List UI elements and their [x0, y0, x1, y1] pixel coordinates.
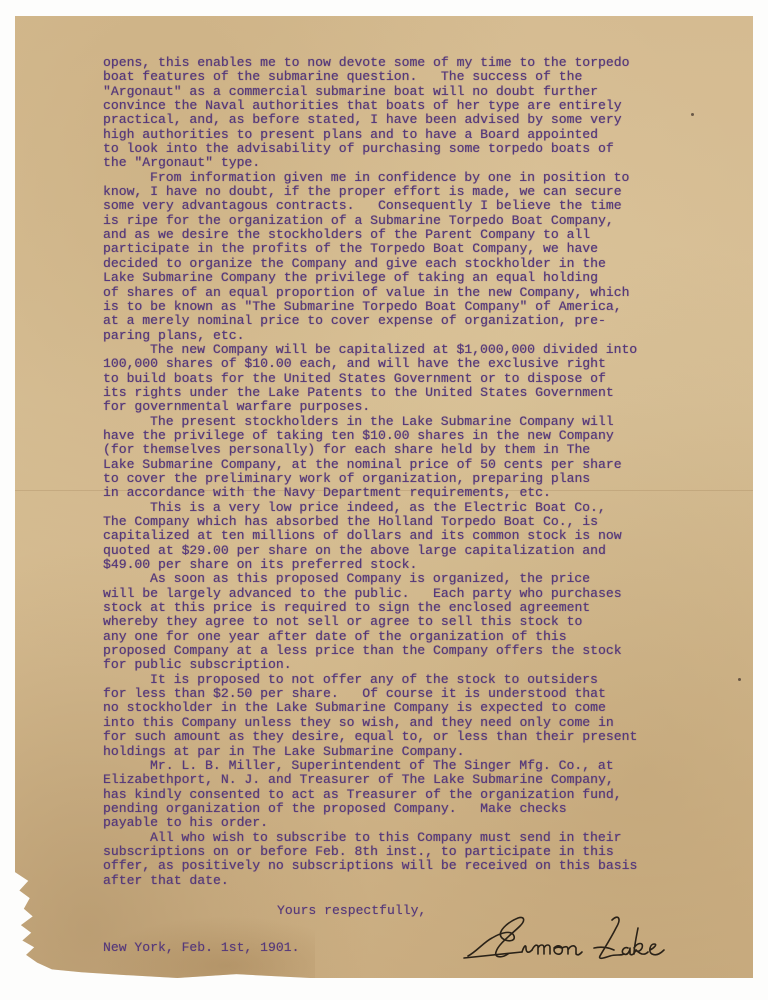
text-line: have the privilege of taking ten $10.00 …: [103, 429, 637, 443]
letter-body: opens, this enables me to now devote som…: [103, 56, 637, 888]
signature-icon: [462, 912, 672, 970]
text-line: will be largely advanced to the public. …: [103, 587, 637, 601]
text-line: and as we desire the stockholders of the…: [103, 228, 637, 242]
text-line: pending organization of the proposed Com…: [103, 802, 637, 816]
paragraph-first-line: opens, this enables me to now devote som…: [103, 56, 637, 70]
text-line: Elizabethport, N. J. and Treasurer of Th…: [103, 773, 637, 787]
text-line: for governmental warfare purposes.: [103, 400, 637, 414]
text-line: any one for one year after date of the o…: [103, 630, 637, 644]
text-line: in accordance with the Navy Department r…: [103, 486, 637, 500]
text-line: no stockholder in the Lake Submarine Com…: [103, 701, 637, 715]
text-line: is to be known as "The Submarine Torpedo…: [103, 300, 637, 314]
text-line: $49.00 per share on its preferred stock.: [103, 558, 637, 572]
text-line: paring plans, etc.: [103, 329, 637, 343]
text-line: for less than $2.50 per share. Of course…: [103, 687, 637, 701]
text-line: proposed Company at a less price than th…: [103, 644, 637, 658]
paragraph-first-line: This is a very low price indeed, as the …: [103, 501, 637, 515]
text-line: (for themselves personally) for each sha…: [103, 443, 637, 457]
text-line: decided to organize the Company and give…: [103, 257, 637, 271]
dateline: New York, Feb. 1st, 1901.: [103, 940, 299, 955]
text-line: offer, as positively no subscriptions wi…: [103, 859, 637, 873]
text-line: capitalized at ten millions of dollars a…: [103, 529, 637, 543]
ink-speck: [691, 113, 694, 116]
text-line: has kindly consented to act as Treasurer…: [103, 788, 637, 802]
text-line: convince the Naval authorities that boat…: [103, 99, 637, 113]
text-line: stock at this price is required to sign …: [103, 601, 637, 615]
text-line: after that date.: [103, 874, 637, 888]
paragraph-first-line: As soon as this proposed Company is orga…: [103, 572, 637, 586]
text-line: is ripe for the organization of a Submar…: [103, 214, 637, 228]
text-line: of shares of an equal proportion of valu…: [103, 286, 637, 300]
paragraph-first-line: All who wish to subscribe to this Compan…: [103, 831, 637, 845]
paragraph-first-line: It is proposed to not offer any of the s…: [103, 673, 637, 687]
text-line: some very advantagous contracts. Consequ…: [103, 199, 637, 213]
signature-name: Simon Lake: [462, 912, 463, 913]
text-line: high authorities to present plans and to…: [103, 128, 637, 142]
handwritten-signature: Simon Lake: [462, 912, 672, 970]
text-line: quoted at $29.00 per share on the above …: [103, 544, 637, 558]
text-line: boat features of the submarine question.…: [103, 70, 637, 84]
text-line: Lake Submarine Company, at the nominal p…: [103, 458, 637, 472]
text-line: practical, and, as before stated, I have…: [103, 113, 637, 127]
text-line: for public subscription.: [103, 658, 637, 672]
text-line: payable to his order.: [103, 816, 637, 830]
ink-speck: [738, 678, 741, 681]
document-scan: opens, this enables me to now devote som…: [0, 0, 768, 1000]
text-line: to cover the preliminary work of organiz…: [103, 472, 637, 486]
text-line: into this Company unless they so wish, a…: [103, 716, 637, 730]
text-line: for such amount as they desire, equal to…: [103, 730, 637, 744]
text-line: whereby they agree to not sell or agree …: [103, 615, 637, 629]
paragraph-first-line: The present stockholders in the Lake Sub…: [103, 415, 637, 429]
text-line: know, I have no doubt, if the proper eff…: [103, 185, 637, 199]
text-line: to look into the advisability of purchas…: [103, 142, 637, 156]
text-line: to build boats for the United States Gov…: [103, 372, 637, 386]
text-line: participate in the profits of the Torped…: [103, 242, 637, 256]
text-line: 100,000 shares of $10.00 each, and will …: [103, 357, 637, 371]
paragraph-first-line: From information given me in confidence …: [103, 171, 637, 185]
text-line: its rights under the Lake Patents to the…: [103, 386, 637, 400]
text-line: Lake Submarine Company the privilege of …: [103, 271, 637, 285]
text-line: subscriptions on or before Feb. 8th inst…: [103, 845, 637, 859]
text-line: The Company which has absorbed the Holla…: [103, 515, 637, 529]
text-line: at a merely nominal price to cover expen…: [103, 314, 637, 328]
paragraph-first-line: The new Company will be capitalized at $…: [103, 343, 637, 357]
text-line: "Argonaut" as a commercial submarine boa…: [103, 85, 637, 99]
text-line: the "Argonaut" type.: [103, 156, 637, 170]
paragraph-first-line: Mr. L. B. Miller, Superintendent of The …: [103, 759, 637, 773]
text-line: holdings at par in The Lake Submarine Co…: [103, 745, 637, 759]
closing-salutation: Yours respectfully,: [277, 903, 426, 918]
